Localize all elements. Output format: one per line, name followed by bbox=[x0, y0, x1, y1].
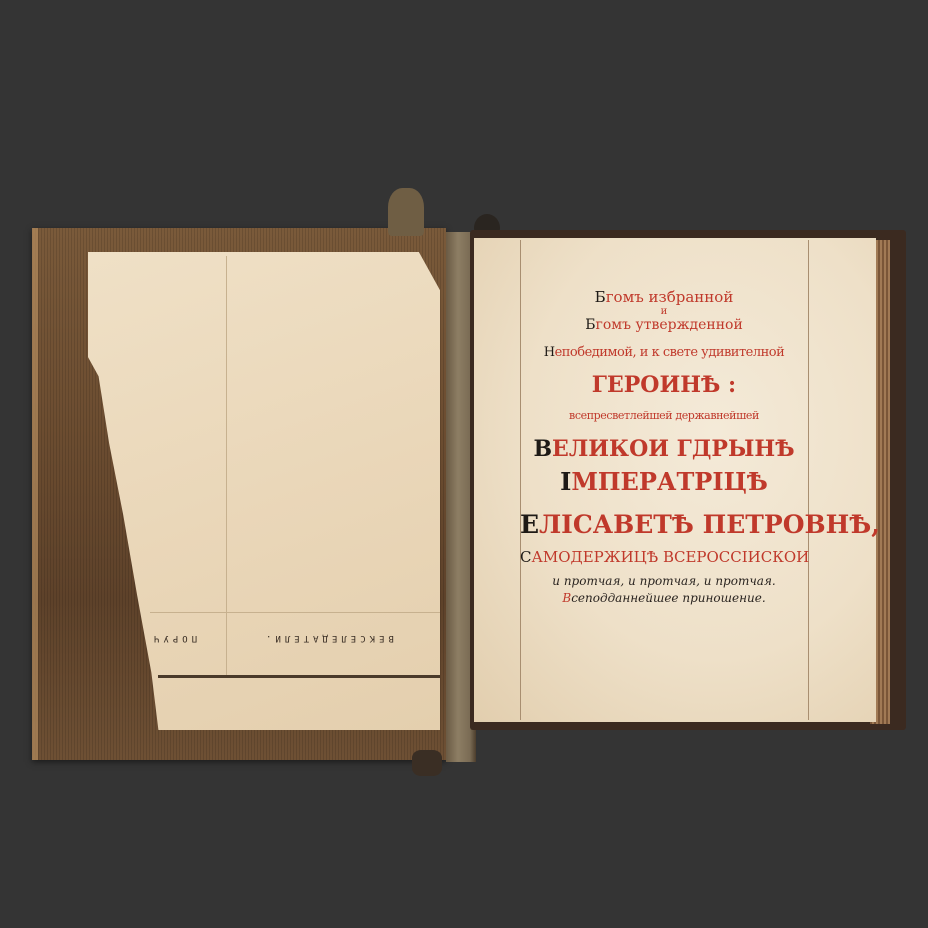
title-line-1: Бгомъ избранной bbox=[520, 290, 808, 305]
title-line-10: САМОДЕРЖИЦѢ ВСЕРОССІИСКОИ bbox=[520, 550, 808, 565]
title-line-5: ГЕРОИНѢ : bbox=[520, 374, 808, 396]
title-line-12: Всеподданнейшее приношение. bbox=[520, 592, 808, 604]
title-line-11: и протчая, и протчая, и протчая. bbox=[520, 575, 808, 587]
printed-label-poruch: ПОРУЧ bbox=[150, 633, 197, 643]
title-line-7: ВЕЛИКОИ ГДРЫНѢ bbox=[520, 438, 808, 460]
title-line-6: всепресветлейшей державнейшей bbox=[520, 410, 808, 421]
title-line-4: Непобедимой, и к свете удивителной bbox=[520, 346, 808, 359]
pastedown-rule-vertical bbox=[226, 256, 227, 676]
printed-label-vekseledateli: ВЕКСЕЛЕДАТЕЛИ. bbox=[262, 633, 394, 643]
page-margin-rule-right bbox=[808, 240, 809, 720]
binding-fragment-bottom bbox=[412, 750, 442, 776]
title-line-9: ЕЛІСАВЕТѢ ПЕТРОВНѢ, bbox=[520, 512, 808, 537]
binding-fragment-top bbox=[388, 188, 424, 236]
title-line-2: и bbox=[520, 307, 808, 317]
title-line-3: Бгомъ утвержденной bbox=[520, 318, 808, 332]
title-line-8: ІМПЕРАТРІЦѢ bbox=[520, 470, 808, 494]
pastedown-rule-horizontal bbox=[150, 612, 440, 613]
pastedown-thick-rule bbox=[158, 675, 440, 678]
board-edge bbox=[32, 228, 38, 760]
